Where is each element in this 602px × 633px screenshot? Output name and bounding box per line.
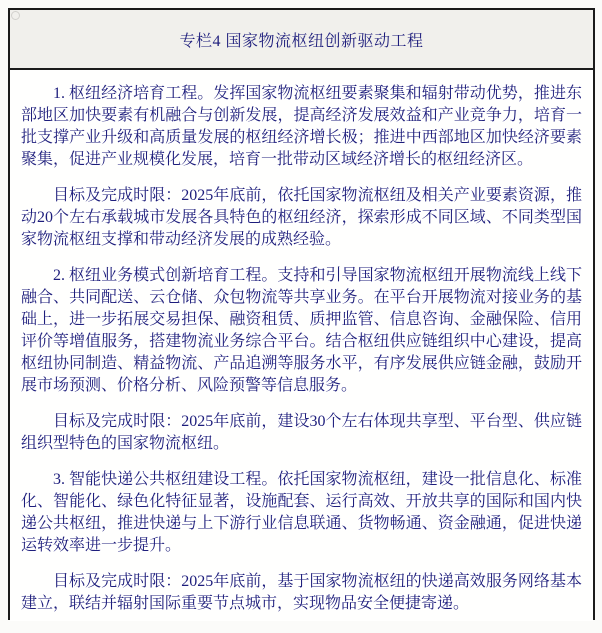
callout-body: 1. 枢纽经济培育工程。发挥国家物流枢纽要素聚集和辐射带动优势，推进东部地区加快…: [10, 70, 593, 621]
paragraph-goal-deadline-2: 目标及完成时限：2025年底前，建设30个左右体现共享型、平台型、供应链组织型特…: [21, 411, 582, 455]
corner-anchor-artifact: [11, 11, 20, 20]
callout-box: 专栏4 国家物流枢纽创新驱动工程 1. 枢纽经济培育工程。发挥国家物流枢纽要素聚…: [8, 8, 595, 620]
callout-title: 专栏4 国家物流枢纽创新驱动工程: [179, 28, 423, 51]
paragraph-business-model-project: 2. 枢纽业务模式创新培育工程。支持和引导国家物流枢纽开展物流线上线下融合、共同…: [21, 265, 582, 397]
callout-title-bar: 专栏4 国家物流枢纽创新驱动工程: [10, 10, 593, 70]
paragraph-smart-express-project: 3. 智能快递公共枢纽建设工程。依托国家物流枢纽，建设一批信息化、标准化、智能化…: [21, 469, 582, 557]
paragraph-goal-deadline-1: 目标及完成时限：2025年底前，依托国家物流枢纽及相关产业要素资源，推动20个左…: [21, 185, 582, 251]
paragraph-hub-economy-project: 1. 枢纽经济培育工程。发挥国家物流枢纽要素聚集和辐射带动优势，推进东部地区加快…: [21, 83, 582, 171]
paragraph-goal-deadline-3: 目标及完成时限：2025年底前，基于国家物流枢纽的快递高效服务网络基本建立，联结…: [21, 571, 582, 615]
